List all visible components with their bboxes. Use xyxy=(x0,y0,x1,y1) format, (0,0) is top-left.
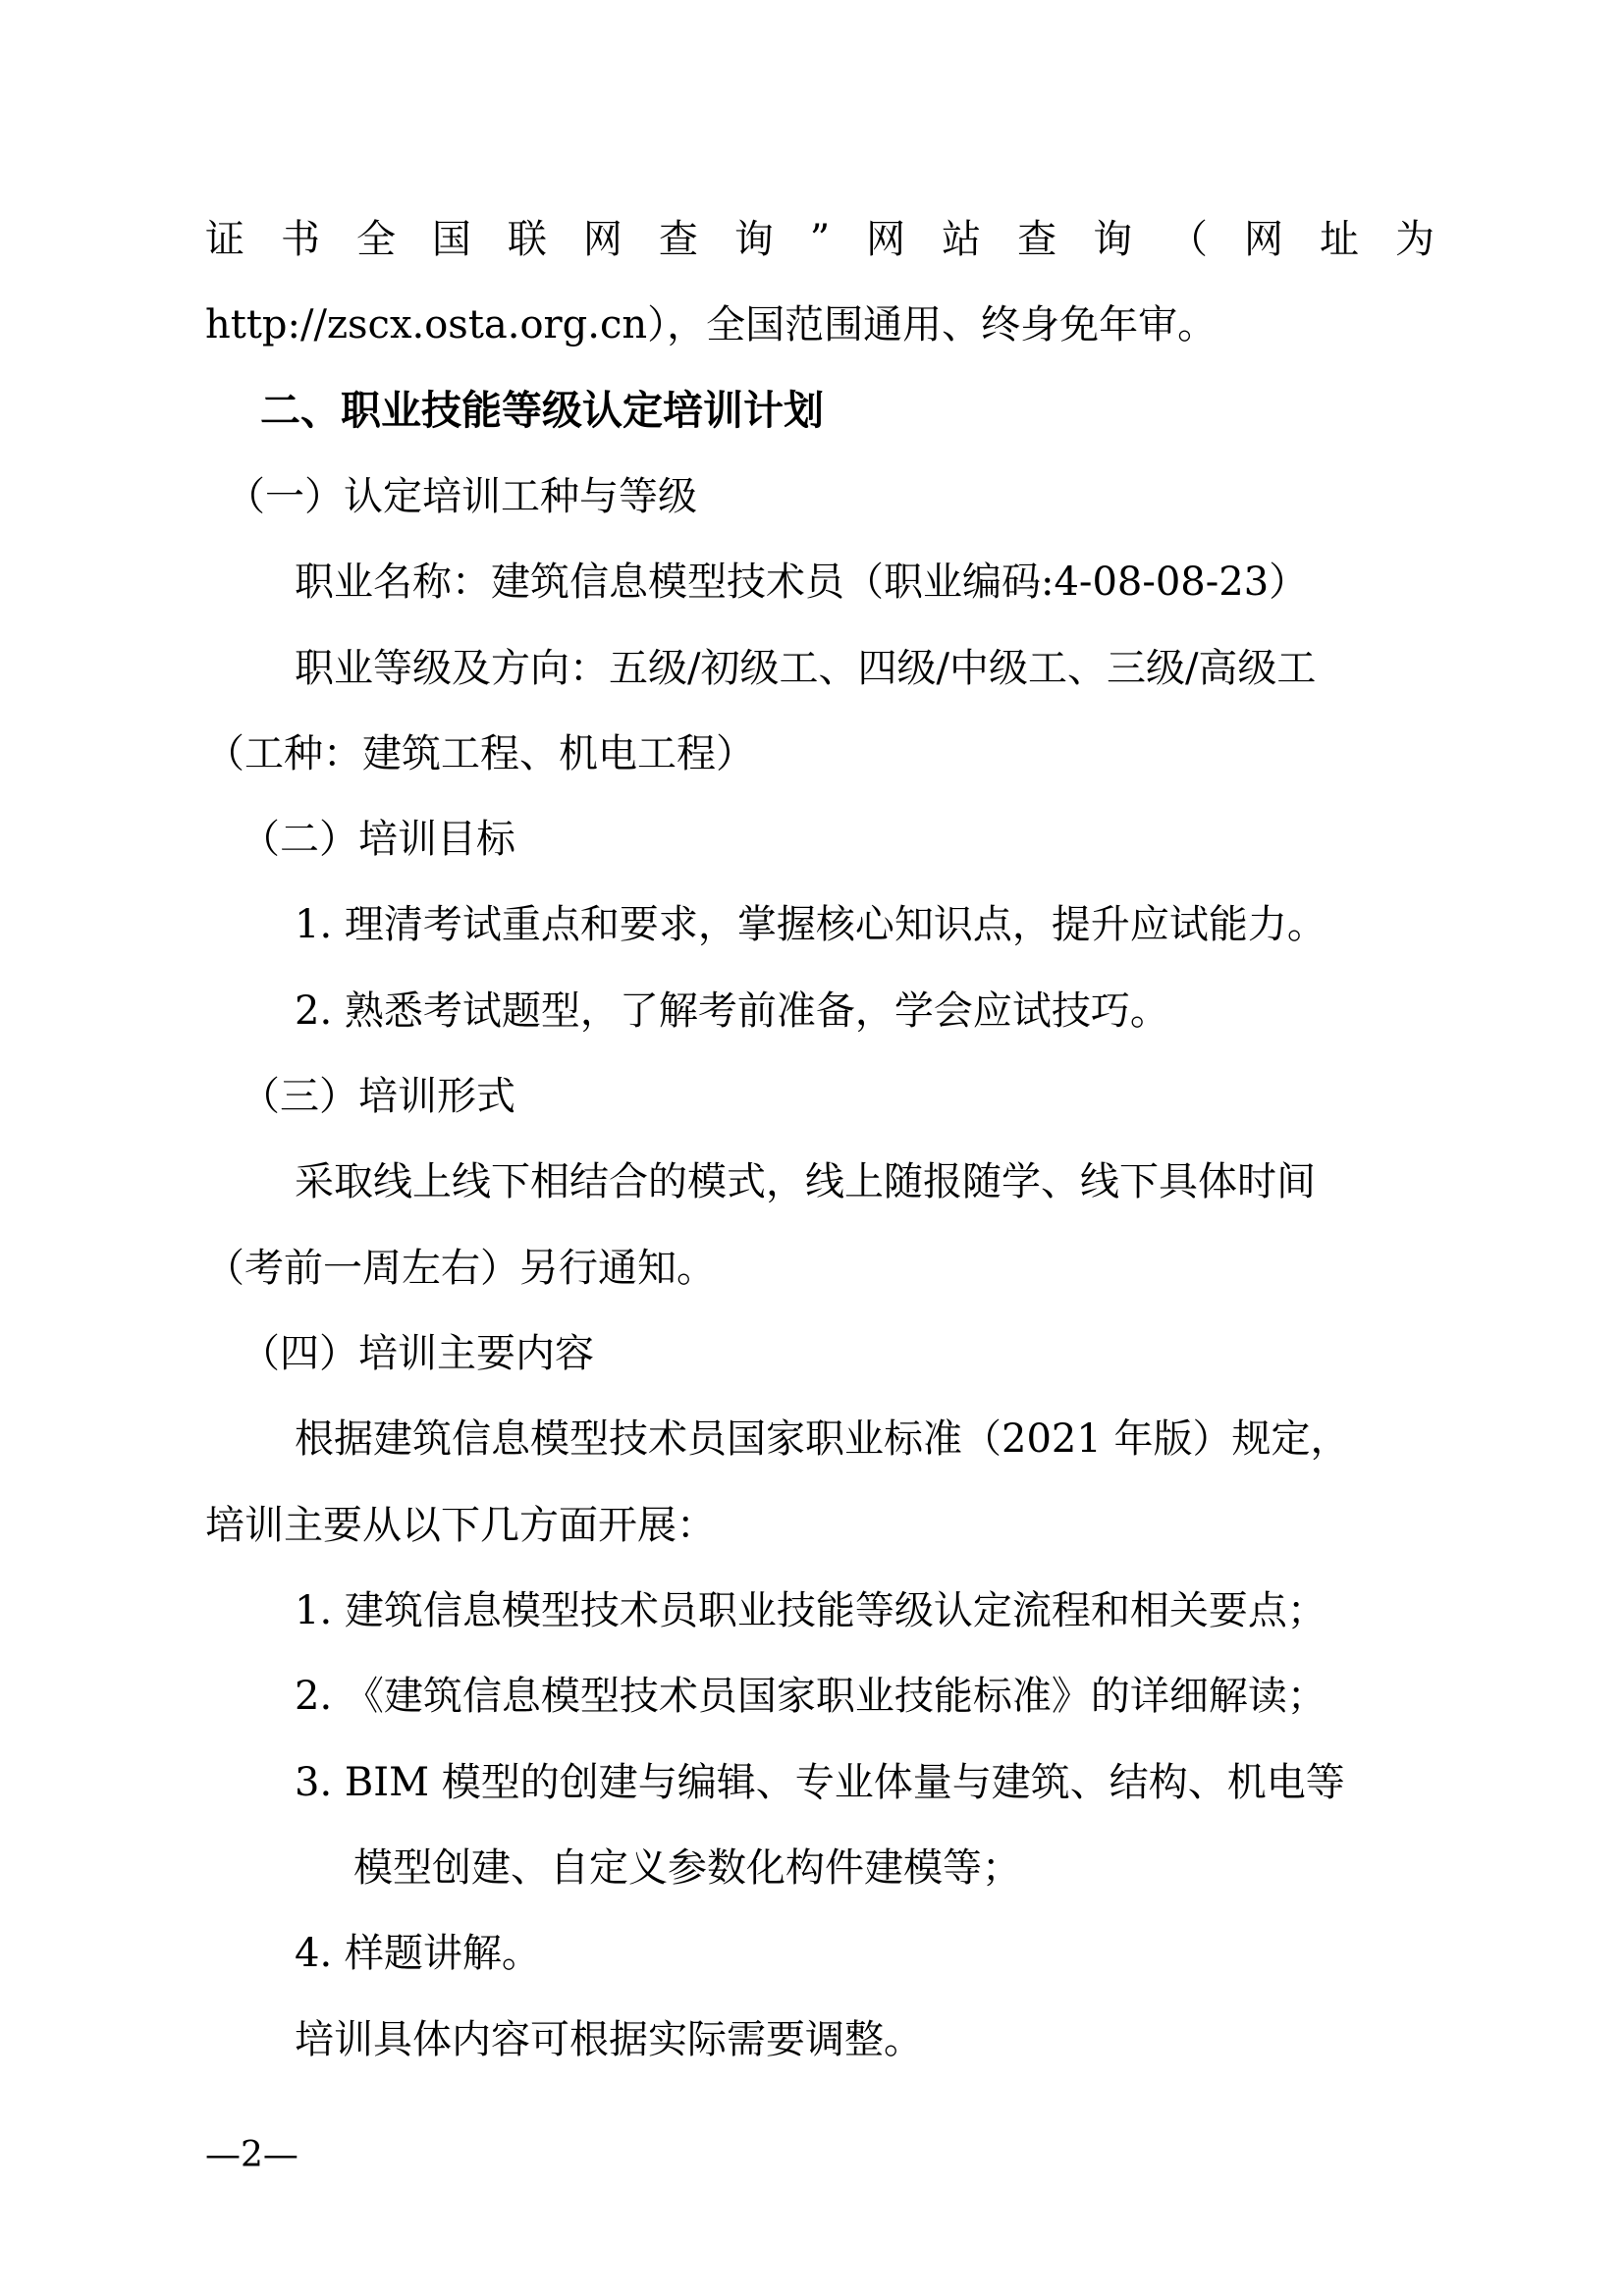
occupation-levels-line-2: （工种：建筑工程、机电工程） xyxy=(205,730,755,777)
occupation-levels-line-1: 职业等级及方向：五级/初级工、四级/中级工、三级/高级工 xyxy=(295,645,1316,692)
subsection-3-title: （三）培训形式 xyxy=(241,1073,515,1120)
content-item-3-continued: 模型创建、自定义参数化构件建模等； xyxy=(353,1844,1021,1892)
subsection-2-title: （二）培训目标 xyxy=(241,816,515,863)
content-item-3: 3. BIM 模型的创建与编辑、专业体量与建筑、结构、机电等 xyxy=(295,1759,1345,1806)
section-title: 二、职业技能等级认定培训计划 xyxy=(260,387,824,434)
format-para-line-2: （考前一周左右）另行通知。 xyxy=(205,1245,716,1292)
intro-line-1: 证 书 全 国 联 网 查 询 ” 网 站 查 询 （ 网 址 为 xyxy=(205,216,1435,263)
closing-note: 培训具体内容可根据实际需要调整。 xyxy=(295,2016,923,2063)
content-item-2: 2. 《建筑信息模型技术员国家职业技能标准》的详细解读； xyxy=(295,1673,1326,1720)
content-item-4: 4. 样题讲解。 xyxy=(295,1930,541,1977)
subsection-4-title: （四）培训主要内容 xyxy=(241,1330,594,1377)
content-intro-line-1: 根据建筑信息模型技术员国家职业标准（2021 年版）规定， xyxy=(295,1415,1350,1463)
occupation-name: 职业名称：建筑信息模型技术员（职业编码:4-08-08-23） xyxy=(295,559,1308,606)
content-intro-line-2: 培训主要从以下几方面开展： xyxy=(205,1502,716,1549)
goal-item-1: 1. 理清考试重点和要求，掌握核心知识点，提升应试能力。 xyxy=(295,901,1326,948)
format-para-line-1: 采取线上线下相结合的模式，线上随报随学、线下具体时间 xyxy=(295,1158,1316,1205)
goal-item-2: 2. 熟悉考试题型，了解考前准备，学会应试技巧。 xyxy=(295,988,1169,1035)
subsection-1-title: （一）认定培训工种与等级 xyxy=(226,473,697,520)
page-number: —2— xyxy=(205,2134,298,2177)
intro-line-2: http://zscx.osta.org.cn），全国范围通用、终身免年审。 xyxy=(205,301,1217,348)
content-item-1: 1. 建筑信息模型技术员职业技能等级认定流程和相关要点； xyxy=(295,1587,1326,1634)
